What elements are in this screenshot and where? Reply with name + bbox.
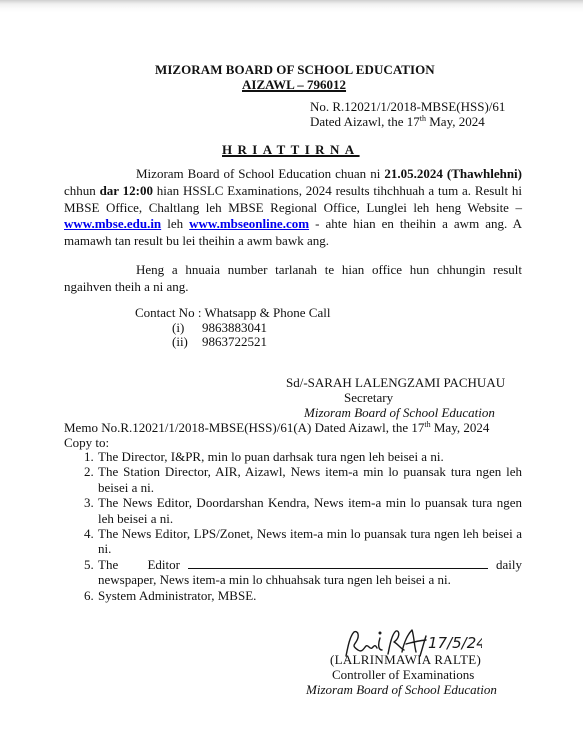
phone-number: 9863722521 (202, 334, 267, 349)
secretary-org: Mizoram Board of School Education (304, 405, 495, 421)
notice-paragraph-2: Heng a hnuaia number tarlanah te hian of… (64, 262, 522, 296)
item-number: 5. (84, 557, 94, 572)
text: leh (161, 216, 189, 231)
item-text-before: The Editor (98, 557, 180, 572)
list-item: 5.The Editordaily newspaper, News item-a… (64, 557, 522, 588)
list-item: 1. The Director, I&PR, min lo puan darhs… (64, 449, 522, 464)
reference-number: No. R.12021/1/2018-MBSE(HSS)/61 (310, 99, 505, 115)
contact-label: (ii) (172, 334, 202, 350)
issue-date: Dated Aizawl, the 17th May, 2024 (310, 114, 485, 130)
notice-paragraph-1: Mizoram Board of School Education chuan … (64, 166, 522, 250)
controller-designation: Controller of Examinations (332, 667, 474, 683)
list-item: 2.The Station Director, AIR, Aizawl, New… (64, 464, 522, 495)
link-mbseonline[interactable]: www.mbseonline.com (189, 216, 309, 231)
item-text: System Administrator, MBSE. (84, 588, 522, 603)
item-text: The Director, I&PR, min lo puan darhsak … (84, 449, 522, 464)
item-number: 3. (84, 495, 94, 510)
editor-blank-line (188, 557, 488, 569)
secretary-designation: Secretary (344, 390, 393, 406)
list-item: 6.System Administrator, MBSE. (64, 588, 522, 603)
item-number: 1. (84, 449, 94, 464)
link-mbse-edu[interactable]: www.mbse.edu.in (64, 216, 161, 231)
signature-date: 17/5/24 (428, 634, 482, 652)
contact-heading: Contact No : Whatsapp & Phone Call (135, 305, 330, 321)
list-item: 3.The News Editor, Doordarshan Kendra, N… (64, 495, 522, 526)
item-text: The Station Director, AIR, Aizawl, News … (84, 464, 522, 495)
item-text: The News Editor, LPS/Zonet, News item-a … (84, 526, 522, 557)
item-text: The News Editor, Doordarshan Kendra, New… (84, 495, 522, 526)
org-address: AIZAWL – 796012 (242, 77, 346, 93)
controller-name: (LALRINMAWIA RALTE) (330, 652, 481, 668)
controller-org: Mizoram Board of School Education (306, 682, 497, 698)
notice-title: HRIATTIRNA (222, 142, 360, 158)
date-text: Dated Aizawl, the 17 (310, 114, 420, 129)
date-month-year: May, 2024 (426, 114, 485, 129)
item-number: 2. (84, 464, 94, 479)
text: Mizoram Board of School Education chuan … (136, 166, 384, 181)
text: Heng a hnuaia number tarlanah te hian of… (64, 262, 522, 294)
phone-number: 9863883041 (202, 320, 267, 335)
contact-number-2: (ii)9863722521 (172, 334, 267, 350)
copy-to-list: 1. The Director, I&PR, min lo puan darhs… (64, 449, 522, 603)
result-date: 21.05.2024 (Thawhlehni) (384, 166, 522, 181)
result-time: dar 12:00 (100, 183, 153, 198)
item-number: 4. (84, 526, 94, 541)
memo-line: Memo No.R.12021/1/2018-MBSE(HSS)/61(A) D… (64, 420, 489, 436)
document-page: MIZORAM BOARD OF SCHOOL EDUCATION AIZAWL… (0, 0, 583, 730)
secretary-name: Sd/-SARAH LALENGZAMI PACHUAU (286, 375, 505, 391)
text: chhun (64, 183, 100, 198)
item-text: The Editordaily newspaper, News item-a m… (84, 557, 522, 588)
item-number: 6. (84, 588, 94, 603)
memo-text: Memo No.R.12021/1/2018-MBSE(HSS)/61(A) D… (64, 420, 424, 435)
org-name: MIZORAM BOARD OF SCHOOL EDUCATION (155, 62, 435, 78)
memo-month-year: May, 2024 (431, 420, 490, 435)
list-item: 4.The News Editor, LPS/Zonet, News item-… (64, 526, 522, 557)
